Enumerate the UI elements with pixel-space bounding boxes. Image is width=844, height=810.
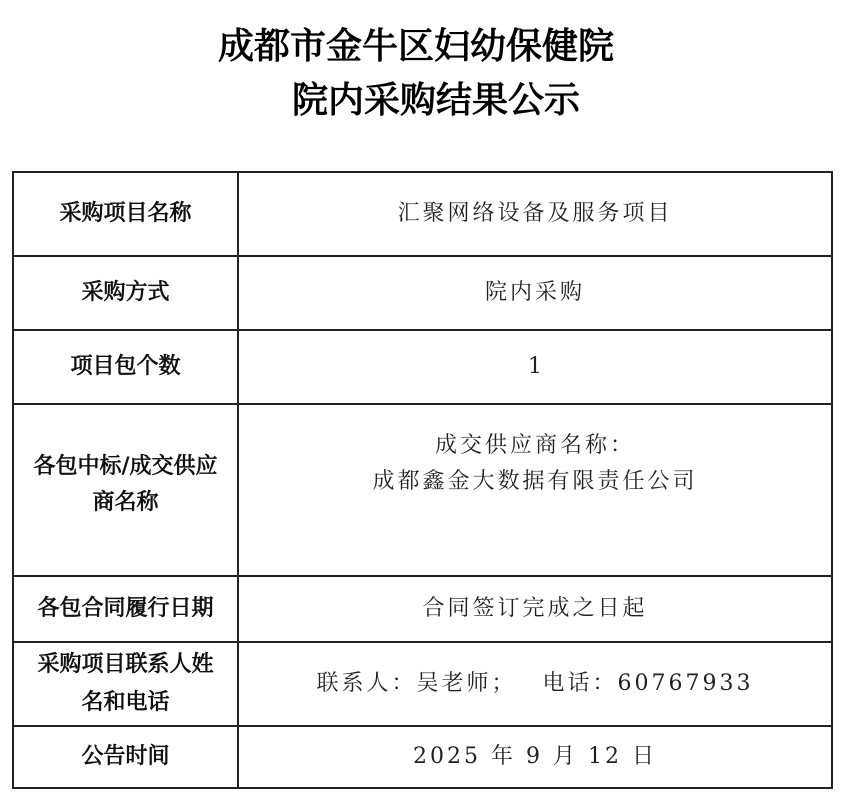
winning-supplier-value: 成交供应商名称： 成都鑫金大数据有限责任公司 bbox=[238, 404, 832, 576]
row-label: 各包合同履行日期 bbox=[13, 576, 238, 642]
row-label: 采购方式 bbox=[13, 256, 238, 330]
contact-value: 联系人：吴老师；电话：60767933 bbox=[238, 642, 832, 726]
table-row-package-count: 项目包个数 1 bbox=[13, 330, 832, 404]
supplier-name: 成都鑫金大数据有限责任公司 bbox=[239, 464, 831, 500]
label-line: 商名称 bbox=[14, 485, 237, 521]
contact-phone: 电话：60767933 bbox=[543, 671, 754, 696]
label-line: 名和电话 bbox=[14, 684, 237, 722]
package-count-value: 1 bbox=[238, 330, 832, 404]
table-row-announcement-date: 公告时间 2025 年 9 月 12 日 bbox=[13, 726, 832, 788]
label-wrap: 各包中标/成交供应 商名称 bbox=[14, 449, 237, 521]
table-row-project-name: 采购项目名称 汇聚网络设备及服务项目 bbox=[13, 172, 832, 256]
row-label: 公告时间 bbox=[13, 726, 238, 788]
page-title-line2: 院内采购结果公示 bbox=[14, 80, 844, 120]
announcement-date-value: 2025 年 9 月 12 日 bbox=[238, 726, 832, 788]
contact-person: 联系人：吴老师； bbox=[317, 671, 517, 696]
value-wrap: 成交供应商名称： 成都鑫金大数据有限责任公司 bbox=[239, 428, 831, 500]
label-line: 各包中标/成交供应 bbox=[14, 449, 237, 485]
row-label: 各包中标/成交供应 商名称 bbox=[13, 404, 238, 576]
contract-period-value: 合同签订完成之日起 bbox=[238, 576, 832, 642]
row-label: 采购项目名称 bbox=[13, 172, 238, 256]
label-wrap: 采购项目联系人姓 名和电话 bbox=[14, 646, 237, 722]
row-label: 项目包个数 bbox=[13, 330, 238, 404]
table-row-contract-period: 各包合同履行日期 合同签订完成之日起 bbox=[13, 576, 832, 642]
procurement-result-table: 采购项目名称 汇聚网络设备及服务项目 采购方式 院内采购 项目包个数 1 各包中… bbox=[12, 171, 833, 789]
label-line: 采购项目联系人姓 bbox=[14, 646, 237, 684]
procurement-method-value: 院内采购 bbox=[238, 256, 832, 330]
table-row-contact: 采购项目联系人姓 名和电话 联系人：吴老师；电话：60767933 bbox=[13, 642, 832, 726]
supplier-caption: 成交供应商名称： bbox=[239, 428, 831, 464]
page-title-line1: 成都市金牛区妇幼保健院 bbox=[0, 26, 838, 66]
package-count-number: 1 bbox=[528, 354, 542, 379]
table-row-procurement-method: 采购方式 院内采购 bbox=[13, 256, 832, 330]
project-name-value: 汇聚网络设备及服务项目 bbox=[238, 172, 832, 256]
table-row-winning-supplier: 各包中标/成交供应 商名称 成交供应商名称： 成都鑫金大数据有限责任公司 bbox=[13, 404, 832, 576]
row-label: 采购项目联系人姓 名和电话 bbox=[13, 642, 238, 726]
